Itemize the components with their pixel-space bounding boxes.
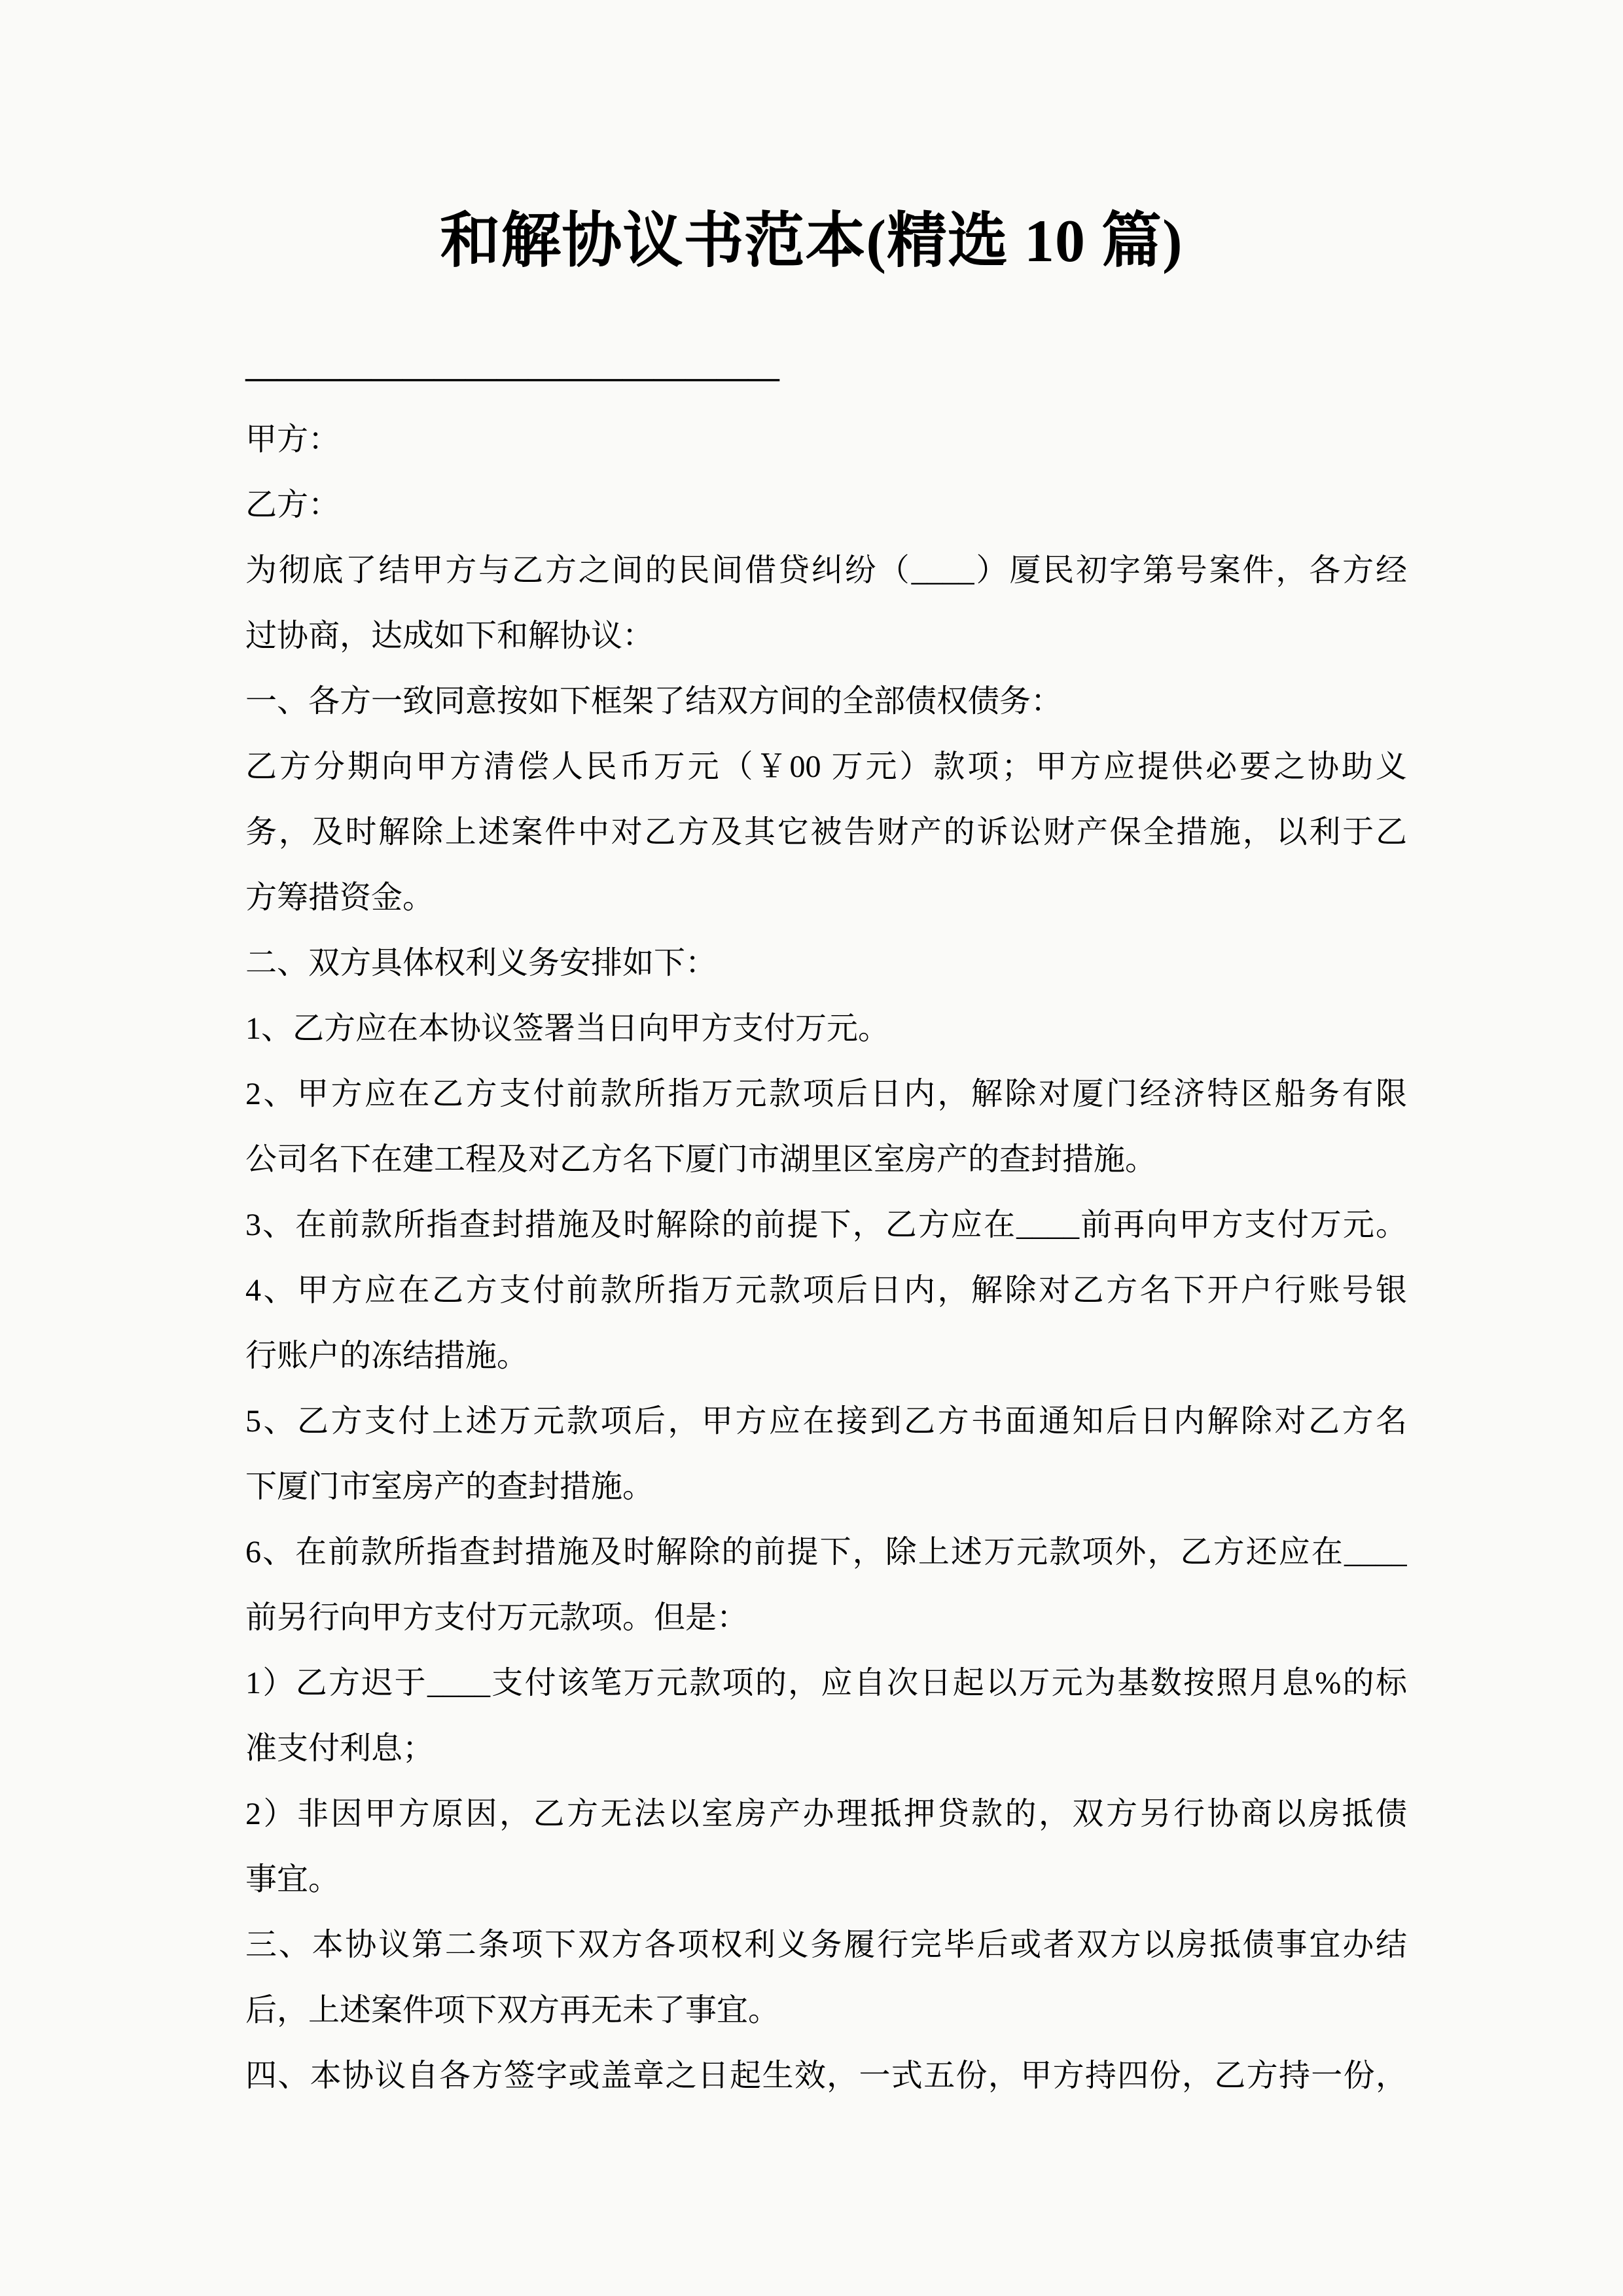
separator-line: ————————————————— [245, 345, 779, 410]
body-line: 为彻底了结甲方与乙方之间的民间借贷纠纷（____）厦民初字第号案件，各方经 [245, 538, 1407, 603]
body-line: 事宜。 [245, 1847, 1407, 1912]
body-line: 二、双方具体权利义务安排如下： [245, 931, 1407, 996]
body-line: 乙方： [245, 473, 1407, 538]
body-line: 1）乙方迟于____支付该笔万元款项的，应自次日起以万元为基数按照月息%的标 [245, 1651, 1407, 1716]
body-line: 2、甲方应在乙方支付前款所指万元款项后日内，解除对厦门经济特区船务有限 [245, 1062, 1407, 1127]
body-line: 四、本协议自各方签字或盖章之日起生效，一式五份，甲方持四份，乙方持一份， [245, 2043, 1407, 2109]
document-page: 和解协议书范本(精选 10 篇) ————————————————— 甲方：乙方… [0, 0, 1623, 2296]
body-line: 准支付利息； [245, 1716, 1407, 1782]
body-line: 务，及时解除上述案件中对乙方及其它被告财产的诉讼财产保全措施，以利于乙 [245, 800, 1407, 865]
body-line: 4、甲方应在乙方支付前款所指万元款项后日内，解除对乙方名下开户行账号银 [245, 1258, 1407, 1323]
page-title: 和解协议书范本(精选 10 篇) [0, 208, 1623, 274]
body-line: 公司名下在建工程及对乙方名下厦门市湖里区室房产的查封措施。 [245, 1127, 1407, 1193]
body-line: 6、在前款所指查封措施及时解除的前提下，除上述万元款项外，乙方还应在____ [245, 1520, 1407, 1585]
body-line: 后，上述案件项下双方再无未了事宜。 [245, 1978, 1407, 2043]
body-line: 2）非因甲方原因，乙方无法以室房产办理抵押贷款的，双方另行协商以房抵债 [245, 1782, 1407, 1847]
document-body: 甲方：乙方：为彻底了结甲方与乙方之间的民间借贷纠纷（____）厦民初字第号案件，… [245, 407, 1407, 2109]
body-line: 乙方分期向甲方清偿人民币万元（￥00 万元）款项；甲方应提供必要之协助义 [245, 734, 1407, 800]
body-line: 3、在前款所指查封措施及时解除的前提下，乙方应在____前再向甲方支付万元。 [245, 1193, 1407, 1258]
body-line: 方筹措资金。 [245, 865, 1407, 931]
body-line: 一、各方一致同意按如下框架了结双方间的全部债权债务： [245, 669, 1407, 734]
body-line: 下厦门市室房产的查封措施。 [245, 1454, 1407, 1520]
body-line: 5、乙方支付上述万元款项后，甲方应在接到乙方书面通知后日内解除对乙方名 [245, 1389, 1407, 1454]
body-line: 三、本协议第二条项下双方各项权利义务履行完毕后或者双方以房抵债事宜办结 [245, 1912, 1407, 1978]
body-line: 过协商，达成如下和解协议： [245, 603, 1407, 669]
body-line: 甲方： [245, 407, 1407, 473]
body-line: 1、乙方应在本协议签署当日向甲方支付万元。 [245, 996, 1407, 1062]
body-line: 前另行向甲方支付万元款项。但是： [245, 1585, 1407, 1651]
body-line: 行账户的冻结措施。 [245, 1323, 1407, 1389]
